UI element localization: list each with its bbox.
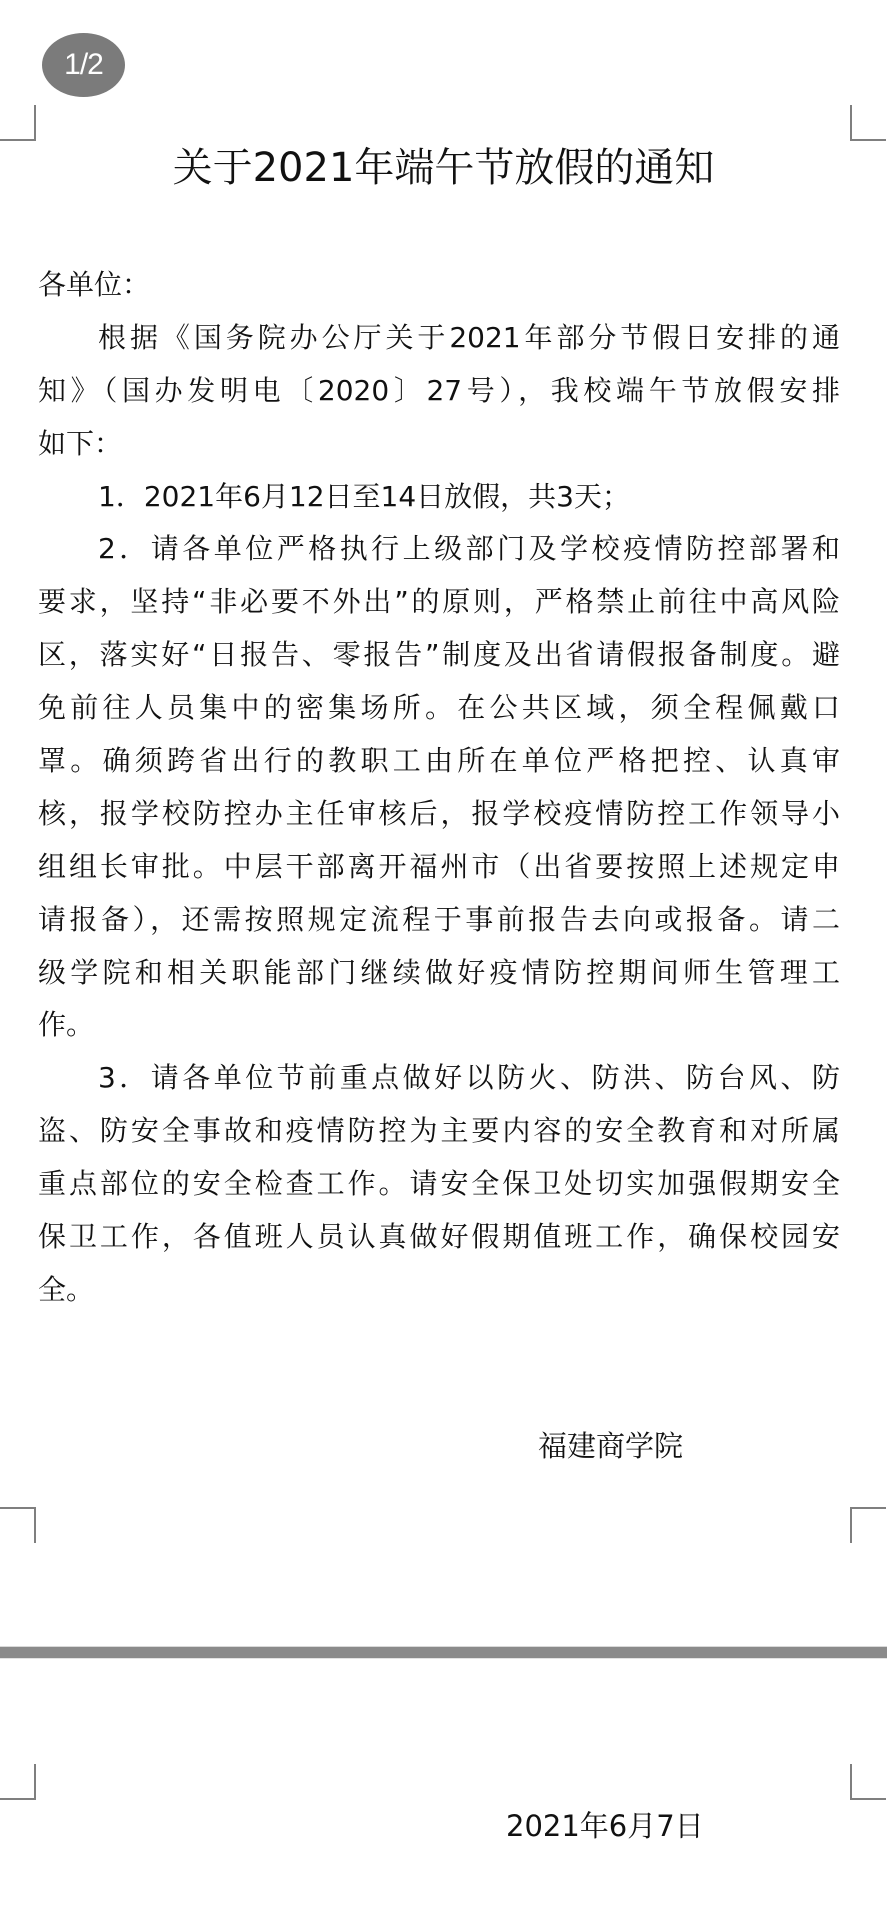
list-item-1: 1．2021年6月12日至14日放假，共3天；: [38, 475, 840, 528]
paragraph-line: 重点部位的安全检查工作。请安全保卫处切实加强假期安全: [38, 1162, 840, 1215]
paragraph-line: 组组长审批。中层干部离开福州市（出省要按照上述规定申: [38, 845, 840, 898]
page-separator: [0, 1646, 887, 1659]
document-title: 关于2021年端午节放假的通知: [0, 140, 887, 196]
paragraph-line: 要求，坚持“非必要不外出”的原则，严格禁止前往中高风险: [38, 580, 840, 633]
paragraph-line: 作。: [38, 1003, 840, 1056]
paragraph-line: 盗、防安全事故和疫情防控为主要内容的安全教育和对所属: [38, 1109, 840, 1162]
page-indicator-badge: 1/2: [42, 33, 125, 97]
signature-organization: 福建商学院: [538, 1424, 683, 1468]
crop-mark-page2-top-left: [0, 1764, 36, 1800]
paragraph-line: 请报备），还需按照规定流程于事前报告去向或报备。请二: [38, 898, 840, 951]
paragraph-line: 保卫工作，各值班人员认真做好假期值班工作，确保校园安: [38, 1215, 840, 1268]
crop-mark-top-right: [850, 105, 886, 141]
list-item-2: 2．请各单位严格执行上级部门及学校疫情防控部署和: [38, 527, 840, 580]
paragraph-line: 免前往人员集中的密集场所。在公共区域，须全程佩戴口: [38, 686, 840, 739]
salutation: 各单位：: [38, 263, 840, 316]
paragraph-line: 知》（国办发明电〔2020〕27号），我校端午节放假安排: [38, 369, 840, 422]
crop-mark-page2-top-right: [850, 1764, 886, 1800]
crop-mark-bottom-left: [0, 1507, 36, 1543]
paragraph-line: 核，报学校防控办主任审核后，报学校疫情防控工作领导小: [38, 792, 840, 845]
document-date: 2021年6月7日: [506, 1804, 704, 1848]
paragraph-line: 根据《国务院办公厅关于2021年部分节假日安排的通: [38, 316, 840, 369]
list-item-3: 3．请各单位节前重点做好以防火、防洪、防台风、防: [38, 1056, 840, 1109]
paragraph-line: 罩。确须跨省出行的教职工由所在单位严格把控、认真审: [38, 739, 840, 792]
crop-mark-top-left: [0, 105, 36, 141]
paragraph-line: 如下：: [38, 422, 840, 475]
document-body: 各单位： 根据《国务院办公厅关于2021年部分节假日安排的通 知》（国办发明电〔…: [38, 263, 840, 1321]
paragraph-line: 级学院和相关职能部门继续做好疫情防控期间师生管理工: [38, 951, 840, 1004]
crop-mark-bottom-right: [850, 1507, 886, 1543]
paragraph-line: 全。: [38, 1268, 840, 1321]
paragraph-line: 区，落实好“日报告、零报告”制度及出省请假报备制度。避: [38, 633, 840, 686]
